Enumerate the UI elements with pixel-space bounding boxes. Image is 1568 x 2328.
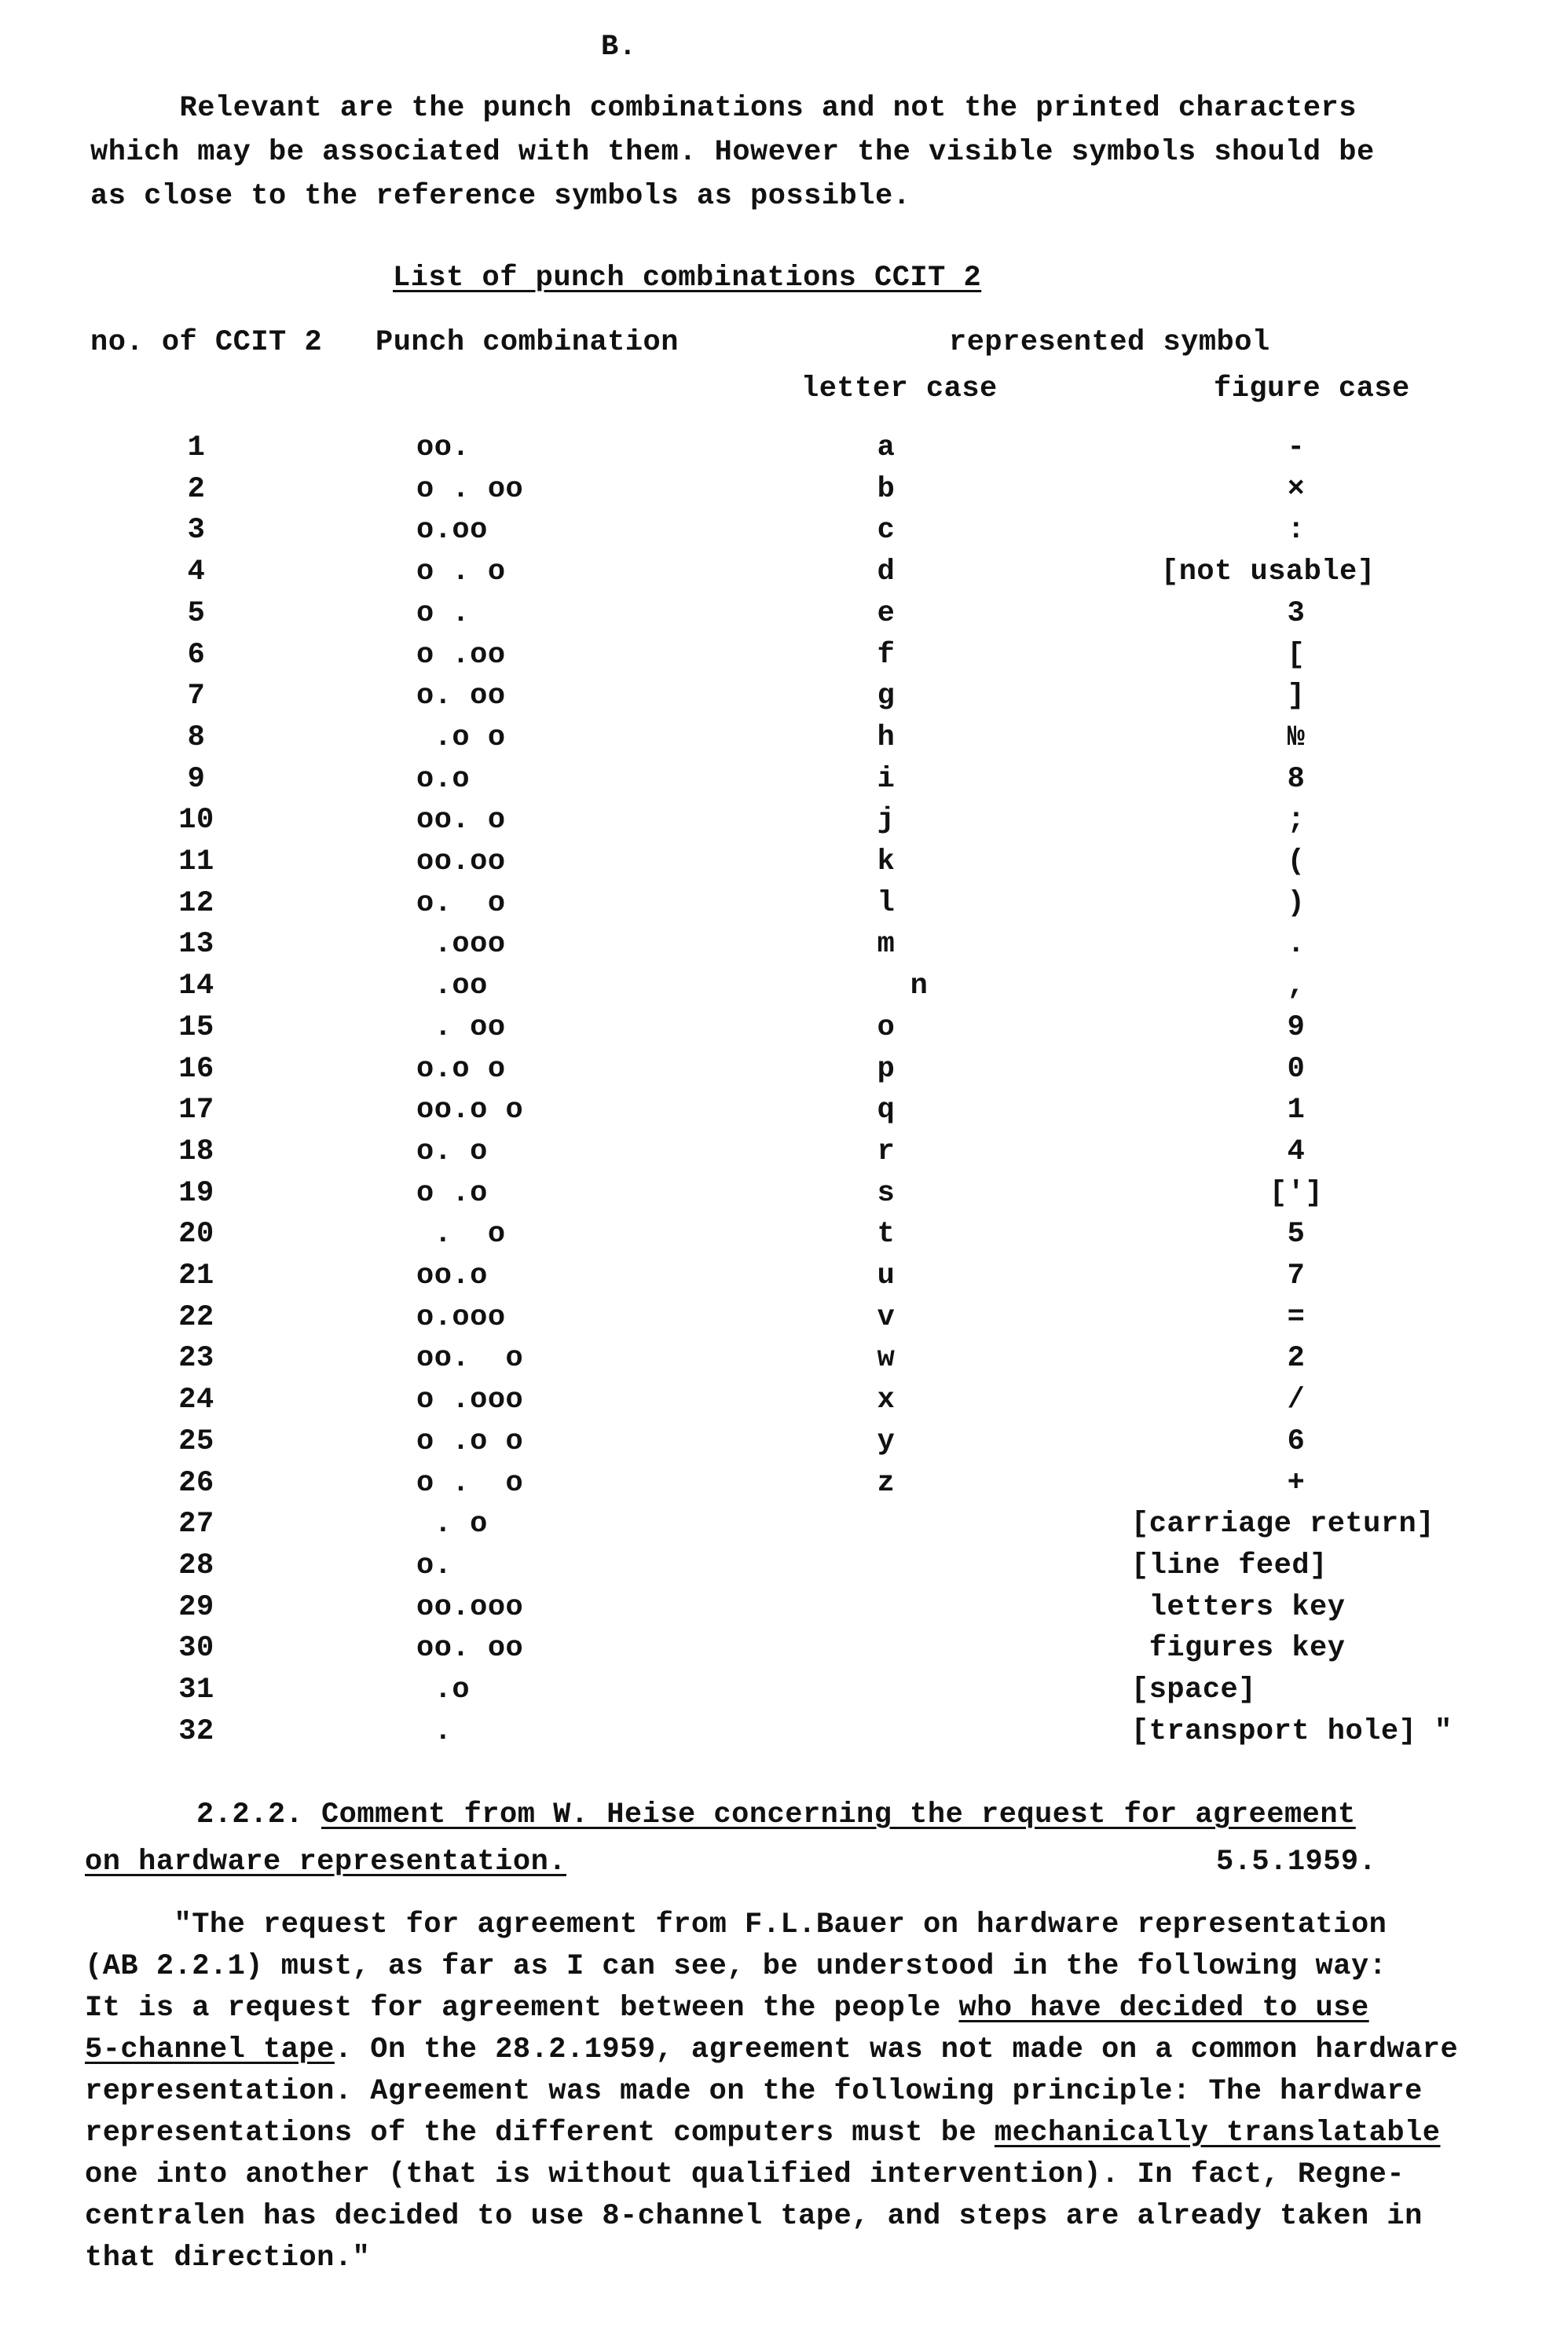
punch-combination: o .ooo — [416, 1386, 523, 1415]
punch-combination: o. o — [416, 1138, 488, 1167]
figure-case-symbol: letters key — [1131, 1593, 1345, 1622]
figure-case-symbol: ['] — [1257, 1179, 1335, 1208]
header-represented-symbol: represented symbol — [949, 328, 1270, 357]
quote-line: (AB 2.2.1) must, as far as I can see, be… — [85, 1952, 1387, 1982]
table-row: 8 .o oh№ — [0, 724, 1568, 763]
punch-combination: o.oo — [416, 516, 488, 545]
section-date: 5.5.1959. — [1216, 1848, 1376, 1877]
punch-combination: o .oo — [416, 641, 506, 670]
table-row: 1oo.a- — [0, 434, 1568, 473]
table-row: 11oo.ook( — [0, 848, 1568, 887]
quote-line: centralen has decided to use 8-channel t… — [85, 2202, 1423, 2231]
quote-line: one into another (that is without qualif… — [85, 2161, 1405, 2190]
punch-combination: . — [416, 1718, 452, 1747]
row-number: 3 — [157, 516, 236, 545]
row-number: 12 — [157, 889, 236, 918]
punch-combination: . oo — [416, 1014, 506, 1043]
figure-case-symbol: 9 — [1257, 1014, 1335, 1043]
punch-combination: o.o o — [416, 1055, 506, 1084]
punch-combination: oo.oo — [416, 848, 506, 877]
figure-case-symbol: ; — [1257, 806, 1335, 835]
row-number: 11 — [157, 848, 236, 877]
row-number: 25 — [157, 1428, 236, 1457]
row-number: 10 — [157, 806, 236, 835]
section-heading-line2: on hardware representation. — [85, 1848, 566, 1877]
intro-line: as close to the reference symbols as pos… — [90, 182, 910, 211]
row-number: 28 — [157, 1552, 236, 1581]
table-row: 13 .ooom. — [0, 930, 1568, 970]
letter-case-symbol: b — [870, 475, 902, 504]
row-number: 16 — [157, 1055, 236, 1084]
table-row: 15 . ooo9 — [0, 1014, 1568, 1053]
row-number: 22 — [157, 1303, 236, 1333]
letter-case-symbol: a — [870, 434, 902, 463]
table-row: 28o.[line feed] — [0, 1552, 1568, 1591]
row-number: 19 — [157, 1179, 236, 1208]
figure-case-symbol: [space] — [1131, 1676, 1256, 1705]
figure-case-symbol: № — [1257, 724, 1335, 753]
letter-case-symbol: r — [870, 1138, 902, 1167]
figure-case-symbol: [not usable] — [1161, 558, 1375, 587]
table-row: 20 . ot5 — [0, 1220, 1568, 1259]
table-row: 22o.ooov= — [0, 1303, 1568, 1343]
quote-text: representations of the different compute… — [85, 2117, 995, 2150]
quote-text: . On the 28.2.1959, agreement was not ma… — [335, 2033, 1458, 2066]
figure-case-symbol: : — [1257, 516, 1335, 545]
figure-case-symbol: 5 — [1257, 1220, 1335, 1249]
quote-line: that direction." — [85, 2244, 370, 2273]
quote-text: that direction." — [85, 2242, 370, 2275]
table-row: 27 . o[carriage return] — [0, 1510, 1568, 1549]
table-row: 26o . oz+ — [0, 1469, 1568, 1509]
header-figure-case: figure case — [1214, 375, 1410, 404]
section-heading-text: Comment from W. Heise concerning the req… — [321, 1798, 1356, 1831]
underlined-phrase: 5-channel tape — [85, 2033, 335, 2066]
table-row: 16o.o op0 — [0, 1055, 1568, 1094]
table-row: 25o .o oy6 — [0, 1428, 1568, 1467]
punch-combination: o. o — [416, 889, 506, 918]
letter-case-symbol: l — [870, 889, 902, 918]
letter-case-symbol: y — [870, 1428, 902, 1457]
letter-case-symbol: s — [870, 1179, 902, 1208]
letter-case-symbol: v — [870, 1303, 902, 1333]
table-row: 31 .o[space] — [0, 1676, 1568, 1715]
figure-case-symbol: - — [1257, 434, 1335, 463]
table-row: 24o .ooox/ — [0, 1386, 1568, 1425]
table-row: 2o . oob× — [0, 475, 1568, 515]
row-number: 27 — [157, 1510, 236, 1539]
row-number: 26 — [157, 1469, 236, 1498]
figure-case-symbol: 0 — [1257, 1055, 1335, 1084]
row-number: 23 — [157, 1344, 236, 1373]
punch-combination: .oo — [416, 972, 488, 1001]
letter-case-symbol: p — [870, 1055, 902, 1084]
punch-combination: o. oo — [416, 682, 506, 711]
punch-combination: o.o — [416, 765, 470, 794]
row-number: 14 — [157, 972, 236, 1001]
letter-case-symbol: n — [903, 972, 935, 1001]
letter-case-symbol: f — [870, 641, 902, 670]
figure-case-symbol: [line feed] — [1131, 1552, 1328, 1581]
quote-line: 5-channel tape. On the 28.2.1959, agreem… — [85, 2036, 1458, 2065]
letter-case-symbol: j — [870, 806, 902, 835]
header-letter-case: letter case — [801, 375, 998, 404]
intro-line: Relevant are the punch combinations and … — [90, 94, 1357, 123]
figure-case-symbol: 1 — [1257, 1096, 1335, 1125]
punch-combination: .o o — [416, 724, 506, 753]
intro-line: which may be associated with them. Howev… — [90, 138, 1375, 167]
row-number: 24 — [157, 1386, 236, 1415]
letter-case-symbol: w — [870, 1344, 902, 1373]
table-row: 12o. ol) — [0, 889, 1568, 929]
punch-combination: o .o — [416, 1179, 488, 1208]
table-row: 4o . od[not usable] — [0, 558, 1568, 597]
table-row: 7o. oog] — [0, 682, 1568, 721]
row-number: 17 — [157, 1096, 236, 1125]
punch-combination: oo.o — [416, 1262, 488, 1291]
table-row: 21oo.ou7 — [0, 1262, 1568, 1301]
table-row: 5o .e3 — [0, 599, 1568, 639]
table-row: 29oo.ooo letters key — [0, 1593, 1568, 1633]
row-number: 4 — [157, 558, 236, 587]
punch-combination: oo. — [416, 434, 470, 463]
row-number: 13 — [157, 930, 236, 959]
row-number: 18 — [157, 1138, 236, 1167]
header-no: no. of CCIT 2 — [90, 328, 322, 357]
punch-combination: . o — [416, 1220, 506, 1249]
table-row: 10oo. oj; — [0, 806, 1568, 845]
row-number: 31 — [157, 1676, 236, 1705]
figure-case-symbol: [transport hole] " — [1131, 1718, 1453, 1747]
table-row: 23oo. ow2 — [0, 1344, 1568, 1384]
letter-case-symbol: h — [870, 724, 902, 753]
row-number: 30 — [157, 1634, 236, 1663]
punch-combination: o . o — [416, 558, 506, 587]
letter-case-symbol: k — [870, 848, 902, 877]
figure-case-symbol: = — [1257, 1303, 1335, 1333]
punch-combination: o .o o — [416, 1428, 523, 1457]
figure-case-symbol: 2 — [1257, 1344, 1335, 1373]
table-row: 19o .os['] — [0, 1179, 1568, 1219]
row-number: 2 — [157, 475, 236, 504]
figure-case-symbol: 3 — [1257, 599, 1335, 629]
quote-text: one into another (that is without qualif… — [85, 2158, 1405, 2191]
figure-case-symbol: [carriage return] — [1131, 1510, 1434, 1539]
figure-case-symbol: + — [1257, 1469, 1335, 1498]
row-number: 5 — [157, 599, 236, 629]
quote-line: It is a request for agreement between th… — [85, 1994, 1369, 2023]
section-number: 2.2.2. — [196, 1798, 303, 1831]
underlined-phrase: mechanically translatable — [995, 2117, 1441, 2150]
figure-case-symbol: . — [1257, 930, 1335, 959]
figure-case-symbol: , — [1257, 972, 1335, 1001]
row-number: 8 — [157, 724, 236, 753]
letter-case-symbol: i — [870, 765, 902, 794]
table-row: 18o. or4 — [0, 1138, 1568, 1177]
table-row: 14 .oon, — [0, 972, 1568, 1011]
page-letter: B. — [601, 33, 636, 62]
quote-text: It is a request for agreement between th… — [85, 1992, 958, 2025]
figure-case-symbol: ) — [1257, 889, 1335, 918]
figure-case-symbol: [ — [1257, 641, 1335, 670]
punch-combination: oo.o o — [416, 1096, 523, 1125]
figure-case-symbol: 8 — [1257, 765, 1335, 794]
quote-text: representation. Agreement was made on th… — [85, 2075, 1423, 2108]
punch-combination: o . o — [416, 1469, 523, 1498]
punch-combination: oo. o — [416, 806, 506, 835]
punch-combination: o.ooo — [416, 1303, 506, 1333]
punch-combination: .o — [416, 1676, 470, 1705]
table-row: 6o .oof[ — [0, 641, 1568, 680]
letter-case-symbol: e — [870, 599, 902, 629]
letter-case-symbol: t — [870, 1220, 902, 1249]
row-number: 9 — [157, 765, 236, 794]
table-row: 17oo.o oq1 — [0, 1096, 1568, 1135]
letter-case-symbol: z — [870, 1469, 902, 1498]
table-row: 32 .[transport hole] " — [0, 1718, 1568, 1757]
quote-text: "The request for agreement from F.L.Baue… — [85, 1908, 1387, 1941]
punch-combination: oo. oo — [416, 1634, 523, 1663]
letter-case-symbol: o — [870, 1014, 902, 1043]
punch-combination: oo.ooo — [416, 1593, 523, 1622]
row-number: 32 — [157, 1718, 236, 1747]
quote-line: representation. Agreement was made on th… — [85, 2077, 1423, 2106]
row-number: 21 — [157, 1262, 236, 1291]
figure-case-symbol: × — [1257, 475, 1335, 504]
figure-case-symbol: 4 — [1257, 1138, 1335, 1167]
section-heading-line1: 2.2.2. Comment from W. Heise concerning … — [196, 1801, 1356, 1830]
row-number: 1 — [157, 434, 236, 463]
row-number: 6 — [157, 641, 236, 670]
punch-combination: oo. o — [416, 1344, 523, 1373]
figure-case-symbol: ] — [1257, 682, 1335, 711]
row-number: 29 — [157, 1593, 236, 1622]
header-punch-combination: Punch combination — [376, 328, 679, 357]
row-number: 20 — [157, 1220, 236, 1249]
quote-text: (AB 2.2.1) must, as far as I can see, be… — [85, 1950, 1387, 1983]
punch-combination: .ooo — [416, 930, 506, 959]
figure-case-symbol: ( — [1257, 848, 1335, 877]
letter-case-symbol: g — [870, 682, 902, 711]
underlined-phrase: who have decided to use — [958, 1992, 1368, 2025]
figure-case-symbol: 6 — [1257, 1428, 1335, 1457]
quote-text: centralen has decided to use 8-channel t… — [85, 2200, 1423, 2233]
quote-line: representations of the different compute… — [85, 2119, 1440, 2148]
figure-case-symbol: 7 — [1257, 1262, 1335, 1291]
letter-case-symbol: x — [870, 1386, 902, 1415]
punch-combination: o . oo — [416, 475, 523, 504]
row-number: 15 — [157, 1014, 236, 1043]
letter-case-symbol: q — [870, 1096, 902, 1125]
letter-case-symbol: u — [870, 1262, 902, 1291]
table-row: 30oo. oo figures key — [0, 1634, 1568, 1674]
figure-case-symbol: / — [1257, 1386, 1335, 1415]
punch-combination: . o — [416, 1510, 488, 1539]
figure-case-symbol: figures key — [1131, 1634, 1345, 1663]
punch-combination: o. — [416, 1552, 452, 1581]
table-row: 3o.ooc: — [0, 516, 1568, 555]
punch-combination: o . — [416, 599, 470, 629]
letter-case-symbol: c — [870, 516, 902, 545]
row-number: 7 — [157, 682, 236, 711]
letter-case-symbol: d — [870, 558, 902, 587]
quote-line: "The request for agreement from F.L.Baue… — [85, 1911, 1387, 1940]
letter-case-symbol: m — [870, 930, 902, 959]
table-title: List of punch combinations CCIT 2 — [393, 264, 981, 293]
table-row: 9o.oi8 — [0, 765, 1568, 805]
